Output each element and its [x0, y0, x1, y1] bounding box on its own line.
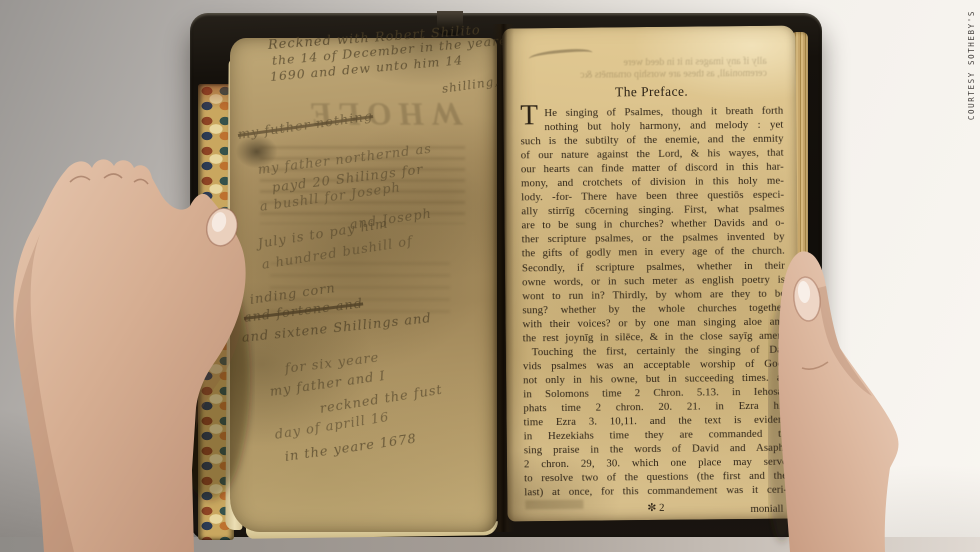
right-page-preface: ally if any images in it in deed werecer… — [502, 25, 800, 521]
gutter-shadow — [492, 24, 514, 532]
photo-scene: WHOLE Reckned with Robert Shilitothe 14 … — [0, 0, 980, 552]
left-page-flyleaf: WHOLE Reckned with Robert Shilitothe 14 … — [230, 38, 497, 532]
preface-lines: He singing of Psalmes, though it breath … — [520, 104, 787, 500]
right-hand — [768, 242, 980, 552]
preface-heading: The Preface. — [520, 82, 783, 102]
left-hand — [0, 130, 255, 552]
photo-credit: COURTESY SOTHEBY'S — [967, 10, 976, 120]
showthrough-smudge — [525, 500, 583, 510]
printed-text-block: The Preface. T He singing of Psalmes, th… — [502, 25, 800, 516]
preface-line: last) at once, for this commandement was… — [524, 483, 787, 500]
